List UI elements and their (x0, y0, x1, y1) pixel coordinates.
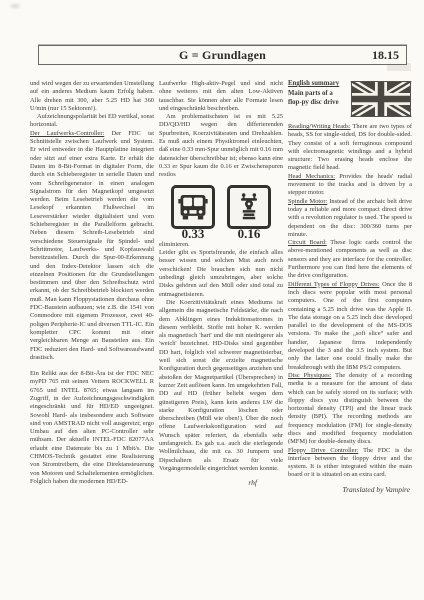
paragraph-heading: Disc Physiques: (288, 372, 331, 379)
paragraph-heading: Circuit Board: (288, 239, 327, 246)
paragraph: Ein Relikt aus der 8-Bit-Ära ist der FDC… (30, 370, 154, 486)
page-number: 18.15 (372, 48, 399, 63)
bus-sign-icon (177, 191, 209, 223)
track-width-figure: 0.33 0.16 (159, 185, 283, 238)
paragraph-heading: Spindle Motor: (288, 198, 327, 205)
paragraph: Head Mechanics: Provides the heads' radi… (288, 173, 412, 198)
track-width-label: 0.16 (226, 230, 272, 238)
paragraph-heading: Different Types of Floppy Drives: (288, 281, 379, 288)
paragraph: eliminieren. (159, 241, 283, 249)
paragraph: Aufzeichnungspolarität bei ED vertikal, … (30, 113, 154, 130)
author-initials: rhf (159, 479, 283, 487)
traffic-sign-wide-track: 0.33 (170, 185, 216, 238)
paragraph: Spindle Motor: Instead of the archaic be… (288, 198, 412, 239)
paragraph: Leider gibt es Sportsfreunde, die einfac… (159, 249, 283, 299)
english-summary-header: English summary Main parts of a flop-py … (288, 80, 412, 117)
three-column-text: und wird wegen der zu erwartenden Umstel… (30, 80, 412, 494)
translator-credit: Translated by Vampire (288, 486, 412, 494)
paragraph-heading: Der Laufwerks-Controller: (30, 130, 104, 137)
traffic-sign-narrow-track: 0.16 (226, 185, 272, 238)
paragraph-heading: Reading/Writing Heads: (288, 123, 351, 130)
scanned-document-page: G = Grundlagen 18.15 und wird wegen der … (0, 0, 424, 600)
moped-sign-icon (233, 191, 265, 223)
paragraph-heading: Floppy Drive Controller: (288, 447, 358, 454)
paragraph: Laufwerke High-aktiv-Pegel und sind nich… (159, 80, 283, 113)
english-summary-subtitle: Main parts of a flop-py disc drive (288, 90, 345, 106)
paragraph: Die Koerzitivitätskraft eines Mediums is… (159, 299, 283, 473)
paragraph: Disc Physiques: The density of a recordi… (288, 372, 412, 447)
paragraph: Reading/Writing Heads: There are two typ… (288, 123, 412, 173)
paragraph: Am problematischsten ist es mit 5.25 DD/… (159, 113, 283, 179)
paragraph-heading: Head Mechanics: (288, 173, 335, 180)
paragraph: Circuit Board: These logic cards control… (288, 239, 412, 280)
english-summary-column: English summary Main parts of a flop-py … (288, 80, 412, 494)
scan-smudge (8, 2, 22, 10)
german-column-1: und wird wegen der zu erwartenden Umstel… (30, 80, 154, 494)
paragraph: Different Types of Floppy Drives: Once t… (288, 281, 412, 372)
german-column-2: Laufwerke High-aktiv-Pegel und sind nich… (159, 80, 283, 494)
english-summary-title: English summary (288, 80, 345, 88)
paragraph: Floppy Drive Controller: The FDC is the … (288, 447, 412, 480)
union-jack-flag-icon (350, 81, 412, 117)
page-title: G = Grundlagen (39, 48, 406, 63)
track-width-label: 0.33 (170, 230, 216, 238)
paragraph: und wird wegen der zu erwartenden Umstel… (30, 80, 154, 113)
paragraph: Der Laufwerks-Controller: Der FDC ist Sc… (30, 130, 154, 362)
page-header-box: G = Grundlagen 18.15 (38, 45, 407, 65)
